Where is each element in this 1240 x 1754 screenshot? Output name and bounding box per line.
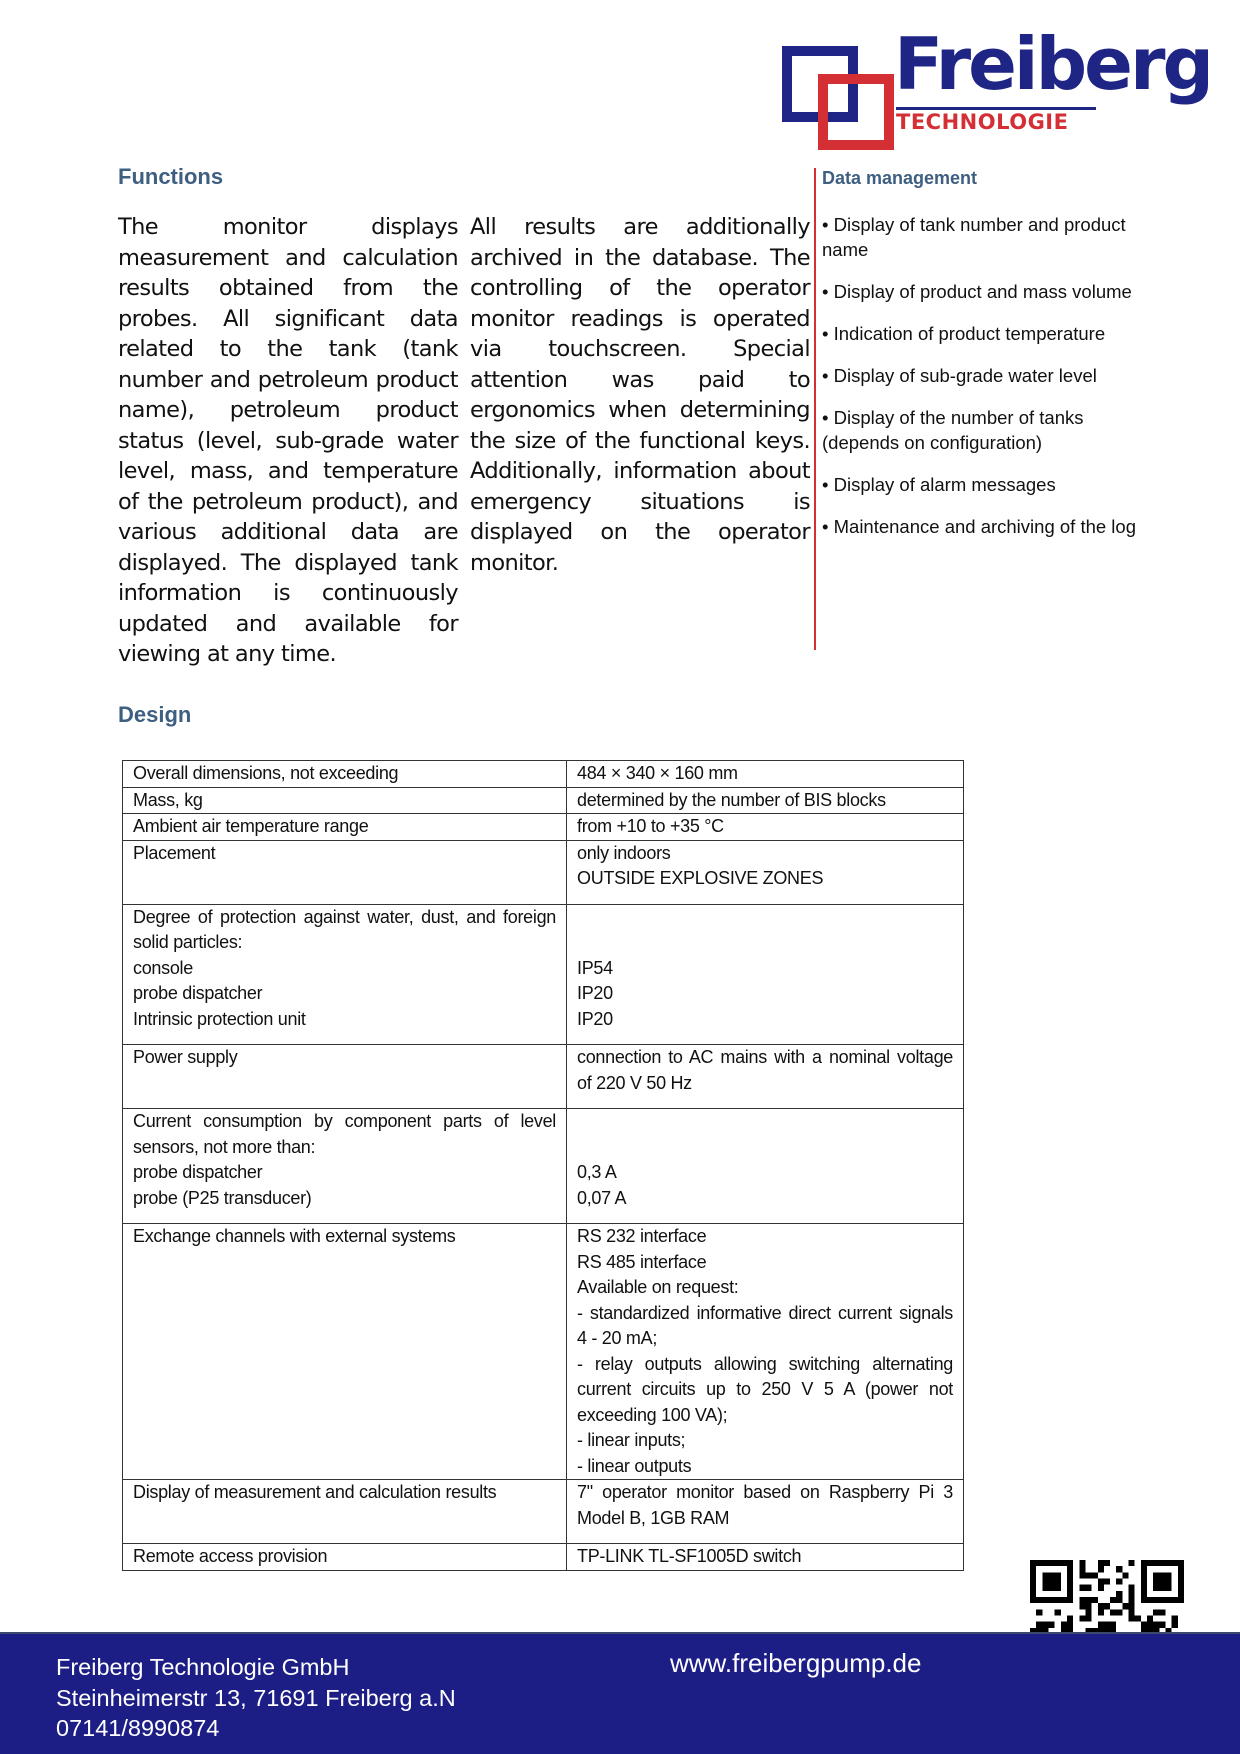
spec-label: Power supply [133, 1045, 556, 1071]
spec-label-cell: Ambient air temperature range [123, 814, 567, 841]
spec-value [577, 905, 953, 931]
spec-label: Intrinsic protection unit [133, 1007, 556, 1033]
spec-label: Current consumption by component parts o… [133, 1109, 556, 1160]
footer-address: Steinheimerstr 13, 71691 Freiberg a.N [56, 1683, 456, 1714]
table-row: Degree of protection against water, dust… [123, 904, 964, 1045]
functions-paragraph-2: All results are additionally archived in… [470, 212, 810, 578]
spec-label-cell: Overall dimensions, not exceeding [123, 761, 567, 788]
spec-label-cell: Current consumption by component parts o… [123, 1109, 567, 1224]
spec-label-cell: Display of measurement and calculation r… [123, 1480, 567, 1544]
spec-value: 484 × 340 × 160 mm [577, 761, 953, 787]
spec-value-cell: only indoorsOUTSIDE EXPLOSIVE ZONES [567, 840, 964, 904]
spec-value-cell: from +10 to +35 °C [567, 814, 964, 841]
table-row: Exchange channels with external systemsR… [123, 1224, 964, 1480]
footer-address-block: Freiberg Technologie GmbH Steinheimerstr… [56, 1652, 456, 1744]
spec-label-cell: Power supply [123, 1045, 567, 1109]
table-row: Mass, kgdetermined by the number of BIS … [123, 787, 964, 814]
spec-value: 0,3 A [577, 1160, 953, 1186]
logo-subtitle: TECHNOLOGIE [896, 112, 1068, 133]
spec-value: IP20 [577, 1007, 953, 1033]
spec-value: RS 485 interface [577, 1250, 953, 1276]
spec-value: - linear inputs; [577, 1428, 953, 1454]
spec-value: 0,07 A [577, 1186, 953, 1212]
spec-value-cell: 7" operator monitor based on Raspberry P… [567, 1480, 964, 1544]
spec-value: TP-LINK TL-SF1005D switch [577, 1544, 953, 1570]
spec-label-cell: Mass, kg [123, 787, 567, 814]
spec-label: Mass, kg [133, 788, 556, 814]
spec-label: probe dispatcher [133, 981, 556, 1007]
table-row: Overall dimensions, not exceeding484 × 3… [123, 761, 964, 788]
spec-value [577, 1109, 953, 1135]
table-row: Remote access provisionTP-LINK TL-SF1005… [123, 1544, 964, 1571]
table-row: Placementonly indoorsOUTSIDE EXPLOSIVE Z… [123, 840, 964, 904]
spec-value: IP20 [577, 981, 953, 1007]
spec-value: 7" operator monitor based on Raspberry P… [577, 1480, 953, 1531]
data-management-item: • Display of alarm messages [822, 472, 1142, 497]
spec-label-cell: Exchange channels with external systems [123, 1224, 567, 1480]
spec-label: Remote access provision [133, 1544, 556, 1570]
spec-label: Exchange channels with external systems [133, 1224, 556, 1250]
functions-heading: Functions [118, 164, 223, 190]
spec-value: Available on request: [577, 1275, 953, 1301]
data-management-item: • Display of the number of tanks (depend… [822, 405, 1142, 455]
spec-value-cell: RS 232 interfaceRS 485 interfaceAvailabl… [567, 1224, 964, 1480]
table-row: Display of measurement and calculation r… [123, 1480, 964, 1544]
spec-value: determined by the number of BIS blocks [577, 788, 953, 814]
logo-red-square-icon [818, 74, 894, 150]
spec-label: probe dispatcher [133, 1160, 556, 1186]
table-row: Current consumption by component parts o… [123, 1109, 964, 1224]
data-management-item: • Display of product and mass volume [822, 279, 1142, 304]
spec-label: Display of measurement and calculation r… [133, 1480, 556, 1506]
footer: Freiberg Technologie GmbH Steinheimerstr… [0, 1632, 1240, 1754]
spec-value-cell: TP-LINK TL-SF1005D switch [567, 1544, 964, 1571]
data-management-list: • Display of tank number and product nam… [822, 212, 1142, 556]
spec-value-cell: IP54IP20IP20 [567, 904, 964, 1045]
data-management-item: • Display of tank number and product nam… [822, 212, 1142, 262]
data-management-item: • Maintenance and archiving of the log [822, 514, 1142, 539]
spec-label: Placement [133, 841, 556, 867]
spec-label-cell: Placement [123, 840, 567, 904]
column-divider [814, 168, 816, 650]
table-row: Power supplyconnection to AC mains with … [123, 1045, 964, 1109]
spec-value: - relay outputs allowing switching alter… [577, 1352, 953, 1429]
spec-value: connection to AC mains with a nominal vo… [577, 1045, 953, 1096]
spec-value: from +10 to +35 °C [577, 814, 953, 840]
spec-value [577, 930, 953, 956]
functions-paragraph-1: The monitor displays measurement and cal… [118, 212, 458, 670]
data-management-item: • Display of sub-grade water level [822, 363, 1142, 388]
spec-value: - standardized informative direct curren… [577, 1301, 953, 1352]
spec-value: only indoors [577, 841, 953, 867]
spec-value-cell: connection to AC mains with a nominal vo… [567, 1045, 964, 1109]
spec-label: Degree of protection against water, dust… [133, 905, 556, 956]
spec-label-cell: Remote access provision [123, 1544, 567, 1571]
spec-value: - linear outputs [577, 1454, 953, 1480]
data-management-item: • Indication of product temperature [822, 321, 1142, 346]
data-management-heading: Data management [822, 168, 977, 189]
spec-value: IP54 [577, 956, 953, 982]
spec-label: Ambient air temperature range [133, 814, 556, 840]
footer-phone[interactable]: 07141/8990874 [56, 1713, 456, 1744]
spec-label-cell: Degree of protection against water, dust… [123, 904, 567, 1045]
spec-label: Overall dimensions, not exceeding [133, 761, 556, 787]
spec-value: OUTSIDE EXPLOSIVE ZONES [577, 866, 953, 892]
table-row: Ambient air temperature rangefrom +10 to… [123, 814, 964, 841]
design-spec-table: Overall dimensions, not exceeding484 × 3… [122, 760, 964, 1571]
design-heading: Design [118, 702, 191, 728]
footer-company-name: Freiberg Technologie GmbH [56, 1652, 456, 1683]
spec-value-cell: determined by the number of BIS blocks [567, 787, 964, 814]
spec-label: probe (P25 transducer) [133, 1186, 556, 1212]
logo-wordmark: Freiberg [894, 28, 1211, 100]
spec-value: RS 232 interface [577, 1224, 953, 1250]
footer-website-link[interactable]: www.freibergpump.de [670, 1648, 921, 1679]
spec-value-cell: 484 × 340 × 160 mm [567, 761, 964, 788]
spec-value-cell: 0,3 A0,07 A [567, 1109, 964, 1224]
spec-value [577, 1135, 953, 1161]
spec-label: console [133, 956, 556, 982]
company-logo: Freiberg TECHNOLOGIE [778, 42, 1123, 142]
